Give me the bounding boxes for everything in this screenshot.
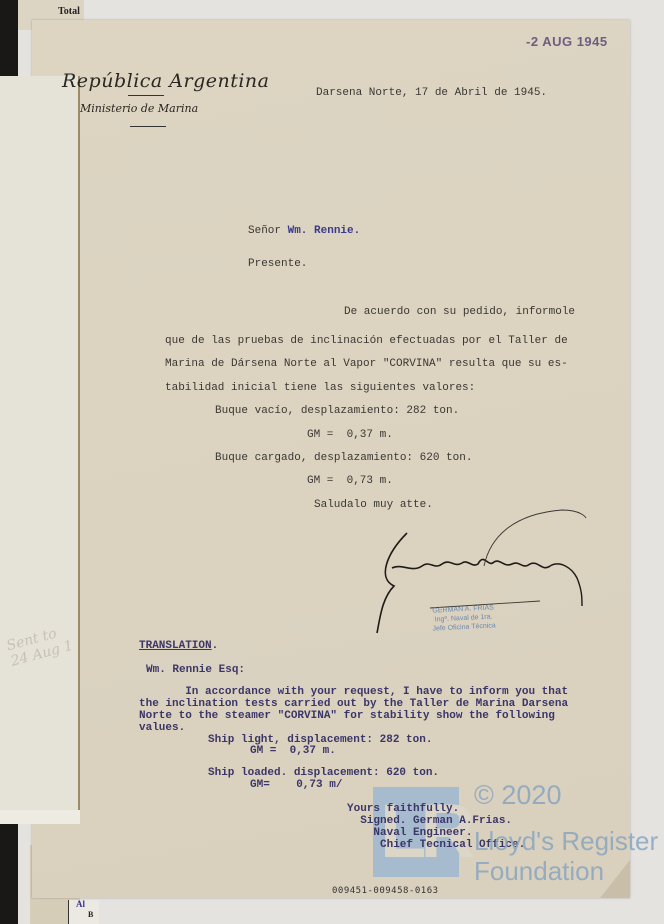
translation-value-line: Ship loaded. displacement: 620 ton. [208, 767, 439, 779]
value-line: Buque cargado, desplazamiento: 620 ton. [215, 452, 472, 464]
watermark-copyright: © 2020 [474, 780, 561, 811]
place-date: Darsena Norte, 17 de Abril de 1945. [316, 87, 547, 99]
translation-gm-value: GM= 0,73 m/ [250, 779, 342, 791]
recipient-name: Wm. Rennie. [288, 225, 361, 237]
letterhead-rule [130, 126, 166, 127]
translation-body-line: values. [139, 722, 185, 734]
letterhead-subtitle: Ministerio de Marina [80, 102, 198, 115]
heading-period: . [212, 640, 219, 652]
body-line: De acuerdo con su pedido, informole [344, 306, 575, 318]
bottom-label-secondary: B [88, 910, 93, 919]
value-line: Buque vacío, desplazamiento: 282 ton. [215, 405, 459, 417]
body-line: Marina de Dársena Norte al Vapor "CORVIN… [165, 358, 568, 370]
body-line: que de las pruebas de inclinación efectu… [165, 335, 568, 347]
letterhead-rule [128, 95, 164, 96]
watermark-line2: Foundation [474, 856, 604, 887]
letterhead-title: República Argentina [62, 70, 270, 92]
presente: Presente. [248, 258, 307, 270]
bottom-label: Al [76, 900, 85, 909]
translation-salutation: Wm. Rennie Esq: [146, 664, 245, 676]
salutation-prefix: Señor [248, 225, 288, 237]
watermark-line1: Lloyd's Register [474, 826, 658, 857]
gm-value: GM = 0,73 m. [307, 475, 393, 487]
underlying-page-label: Total [58, 6, 80, 17]
received-date-stamp: -2 AUG 1945 [526, 34, 608, 49]
translation-body-line: Norte to the steamer "CORVINA" for stabi… [139, 710, 555, 722]
translation-closing: Naval Engineer. [347, 827, 472, 839]
translation-gm-value: GM = 0,37 m. [250, 745, 336, 757]
translation-body-line: In accordance with your request, I have … [139, 686, 568, 698]
translation-body-line: the inclination tests carried out by the… [139, 698, 568, 710]
reference-number: 009451-009458-0163 [332, 886, 439, 896]
overlay-page [0, 76, 80, 814]
body-line: tabilidad inicial tiene las siguientes v… [165, 382, 475, 394]
gm-value: GM = 0,37 m. [307, 429, 393, 441]
overlay-page-tab [0, 810, 80, 824]
translation-heading-text: TRANSLATION [139, 640, 212, 652]
folded-corner [600, 860, 630, 898]
salutation: Señor Wm. Rennie. [248, 225, 360, 237]
translation-heading: TRANSLATION. [139, 640, 218, 652]
signature-name-stamp: GERMAN A. FRIAS Ingº. Naval de 1ra. Jefe… [431, 603, 496, 633]
translation-closing: Yours faithfully. [347, 803, 459, 815]
